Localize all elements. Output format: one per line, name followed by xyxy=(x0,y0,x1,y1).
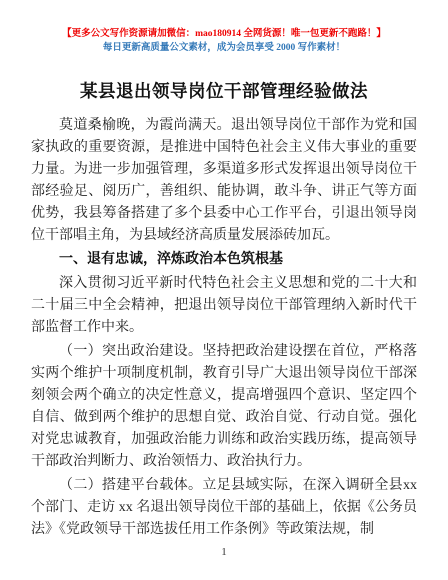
page-title: 某县退出领导岗位干部管理经验做法 xyxy=(0,78,448,103)
paragraph-item-1: （一）突出政治建设。坚持把政治建设摆在首位，严格落实两个维护十项制度机制，教育引… xyxy=(31,341,417,473)
paragraph-item-2: （二）搭建平台载体。立足县域实际，在深入调研全县xx 个部门、走访 xx 名退出… xyxy=(31,475,417,541)
document-body: 莫道桑榆晚，为霞尚满天。退出领导岗位干部作为党和国家执政的重要资源，是推进中国特… xyxy=(0,115,448,541)
paragraph-intro: 莫道桑榆晚，为霞尚满天。退出领导岗位干部作为党和国家执政的重要资源，是推进中国特… xyxy=(31,115,417,247)
watermark-line-2: 每日更新高质量公文素材，成为会员享受 2000 写作素材！ xyxy=(0,41,448,55)
watermark-header: 【更多公文写作资源请加微信：mao180914 全网货源！唯一包更新不跑路！】 … xyxy=(0,0,448,55)
document-page: 【更多公文写作资源请加微信：mao180914 全网货源！唯一包更新不跑路！】 … xyxy=(0,0,448,580)
paragraph-section1-lead: 深入贯彻习近平新时代特色社会主义思想和党的二十大和二十届三中全会精神，把退出领导… xyxy=(31,273,417,339)
page-number: 1 xyxy=(0,546,448,558)
section-heading-1: 一、退有忠诚，淬炼政治本色筑根基 xyxy=(31,249,417,271)
watermark-line-1: 【更多公文写作资源请加微信：mao180914 全网货源！唯一包更新不跑路！】 xyxy=(0,27,448,41)
